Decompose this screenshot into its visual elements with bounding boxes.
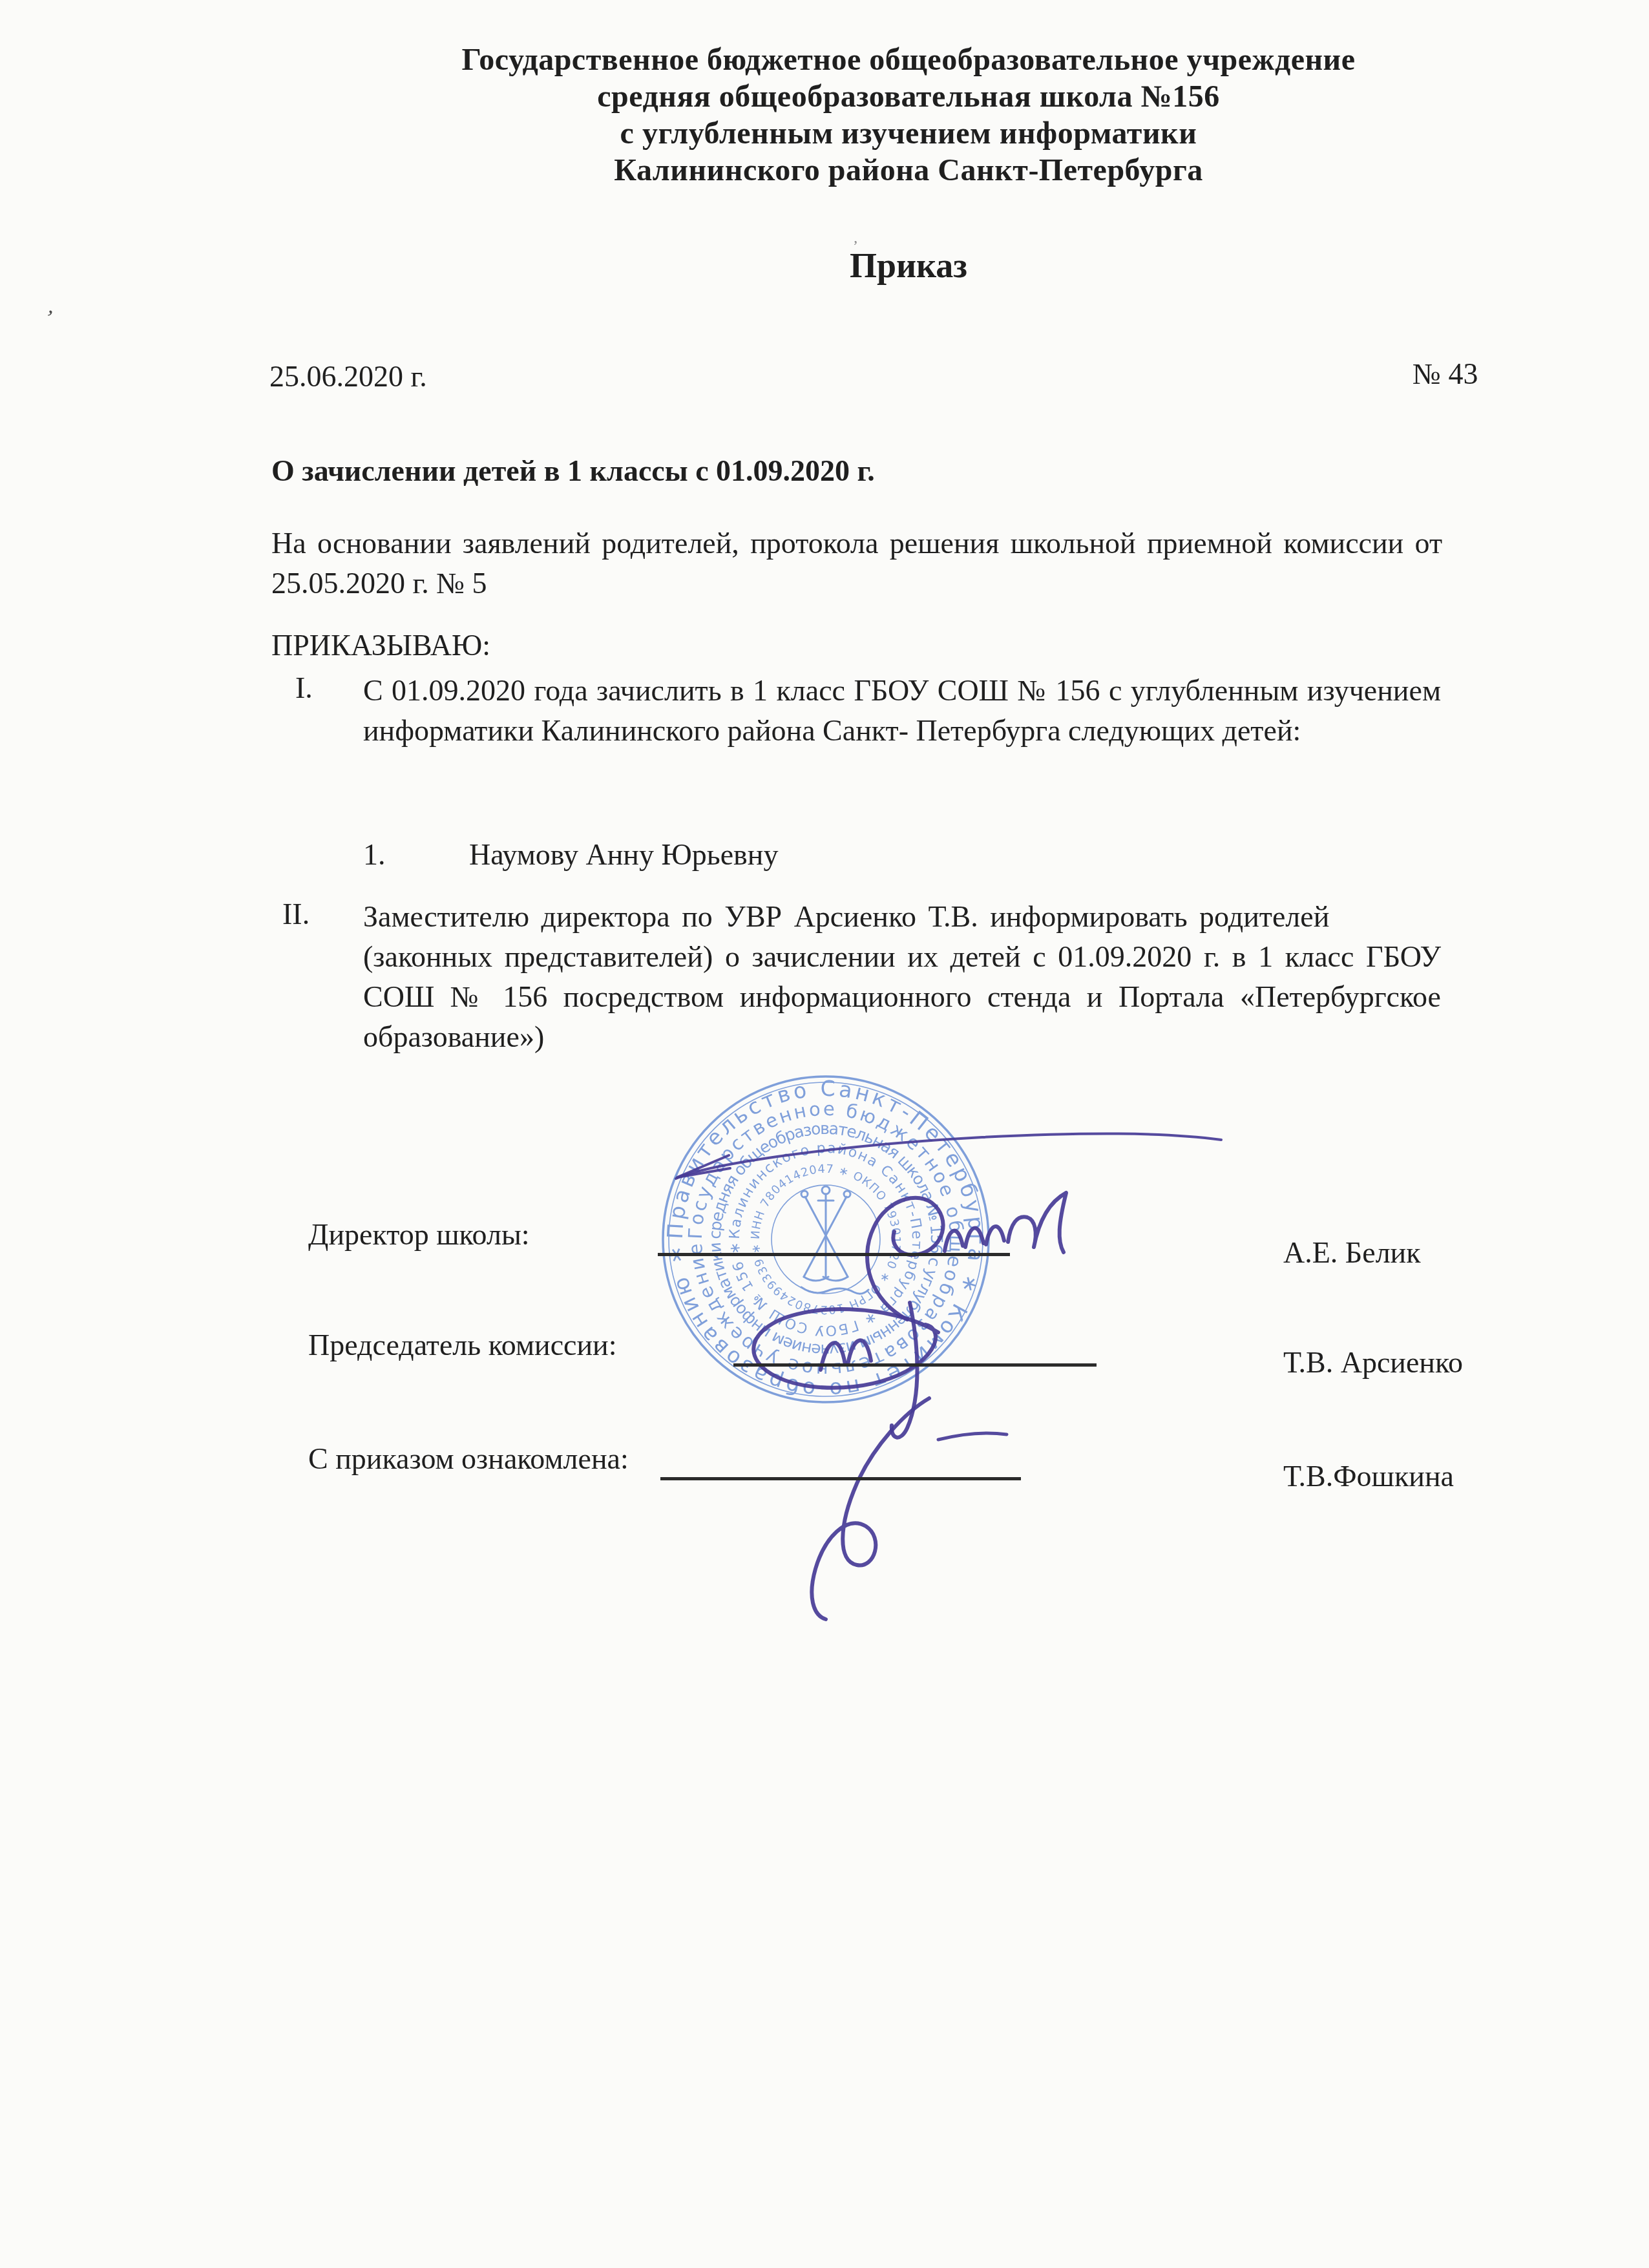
header-line-4: Калининского района Санкт-Петербурга (271, 152, 1546, 189)
item-1-marker: I. (295, 671, 313, 705)
basis-line-1: На основании заявлений родителей, проток… (271, 523, 1442, 563)
basis-paragraph: На основании заявлений родителей, проток… (271, 523, 1442, 604)
document-header: Государственное бюджетное общеобразовате… (271, 41, 1546, 189)
director-signature-line (658, 1253, 1010, 1256)
document-title: Приказ (271, 246, 1546, 286)
order-number: № 43 (1413, 357, 1478, 391)
director-name: А.Е. Белик (1283, 1235, 1421, 1270)
item-2-marker: II. (282, 897, 310, 931)
header-line-2: средняя общеобразовательная школа №156 (271, 78, 1546, 115)
director-label: Директор школы: (308, 1217, 530, 1252)
director-signature-ink (676, 1133, 1221, 1319)
item-1-text: С 01.09.2020 года зачислить в 1 класс ГБ… (363, 671, 1441, 751)
item-2-line-1: Заместителю директора по УВР Арсиенко Т.… (363, 897, 1441, 937)
resolution-word: ПРИКАЗЫВАЮ: (271, 628, 490, 662)
chair-signature-ink (753, 1303, 938, 1438)
chair-signature-line (733, 1363, 1097, 1367)
item-2-line-3: СОШ № 156 посредством информационного ст… (363, 977, 1441, 1017)
header-line-1: Государственное бюджетное общеобразовате… (271, 41, 1546, 78)
handwritten-signatures (543, 1021, 1357, 1667)
acknowledged-name: Т.В.Фошкина (1283, 1459, 1454, 1493)
scan-speck: ’ (43, 306, 56, 331)
header-line-3: с углубленным изучением информатики (271, 115, 1546, 152)
item-1-line-2: информатики Калининского района Санкт- П… (363, 711, 1441, 751)
acknowledged-label: С приказом ознакомлена: (308, 1442, 629, 1476)
item-2-line-2: (законных представителей) о зачислении и… (363, 937, 1441, 977)
basis-line-2: 25.05.2020 г. № 5 (271, 563, 1442, 604)
acknowledged-signature-ink (812, 1398, 1007, 1619)
item-1-line-1: С 01.09.2020 года зачислить в 1 класс ГБ… (363, 671, 1441, 711)
child-list-number: 1. (363, 837, 386, 872)
subject-line: О зачислении детей в 1 классы с 01.09.20… (271, 454, 875, 488)
chair-name: Т.В. Арсиенко (1283, 1345, 1463, 1380)
order-date: 25.06.2020 г. (269, 359, 427, 394)
scanned-order-page: ’ ’ Государственное бюджетное общеобразо… (0, 0, 1649, 2268)
child-list-name: Наумову Анну Юрьевну (469, 837, 778, 872)
chair-label: Председатель комиссии: (308, 1328, 617, 1362)
acknowledged-signature-line (660, 1477, 1021, 1480)
